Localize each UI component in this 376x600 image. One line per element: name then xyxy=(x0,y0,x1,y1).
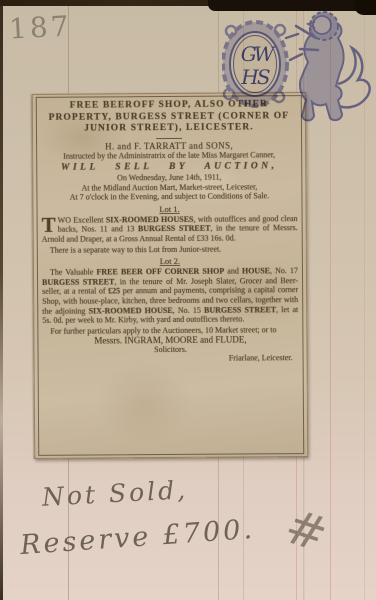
instructed-by-line: Instructed by the Administratrix of the … xyxy=(41,150,297,161)
watermark-letters-top: GW xyxy=(241,42,276,66)
headline-rule xyxy=(156,137,182,138)
solicitors-address: Friarlane, Leicester. xyxy=(43,354,299,366)
clipping-text: FREE BEEROFF SHOP, ALSO OTHER PROPERTY, … xyxy=(41,97,299,454)
lot1-label: Lot 1. xyxy=(42,203,298,215)
auction-time: At 7 o'clock in the Evening, and subject… xyxy=(41,191,297,202)
scanned-ledger-page: { "page": { "number": "187" }, "watermar… xyxy=(0,0,376,600)
scan-edge-top-right xyxy=(208,0,376,11)
lot1-body: WO Excellent SIX-ROOMED HOUSES, with out… xyxy=(42,214,298,244)
lot1-description: TWO Excellent SIX-ROOMED HOUSES, with ou… xyxy=(42,214,298,245)
handwritten-cross-mark: # xyxy=(278,498,334,564)
dropcap-letter: T xyxy=(42,216,58,234)
lot2-description: The Valuable FREE BEER OFF CORNER SHOP a… xyxy=(42,266,298,325)
gwhs-watermark-logo: GW HS xyxy=(222,2,372,130)
handwritten-reserve-price: Reserve £700. xyxy=(19,514,256,561)
cartouche-icon: GW HS xyxy=(223,22,287,106)
handwritten-not-sold: Not Sold, xyxy=(41,475,188,512)
scan-edge-corner xyxy=(354,0,376,15)
lot1-note: There is a separate way to this Lot from… xyxy=(42,244,298,255)
watermark-letters-bottom: HS xyxy=(240,65,269,89)
scan-edge-left xyxy=(0,0,3,600)
will-sell-line: WILL SELL BY AUCTION, xyxy=(41,161,297,173)
newspaper-clipping: FREE BEEROFF SHOP, ALSO OTHER PROPERTY, … xyxy=(32,92,309,459)
page-number: 187 xyxy=(8,9,72,45)
lion-rampant-icon xyxy=(286,12,370,121)
